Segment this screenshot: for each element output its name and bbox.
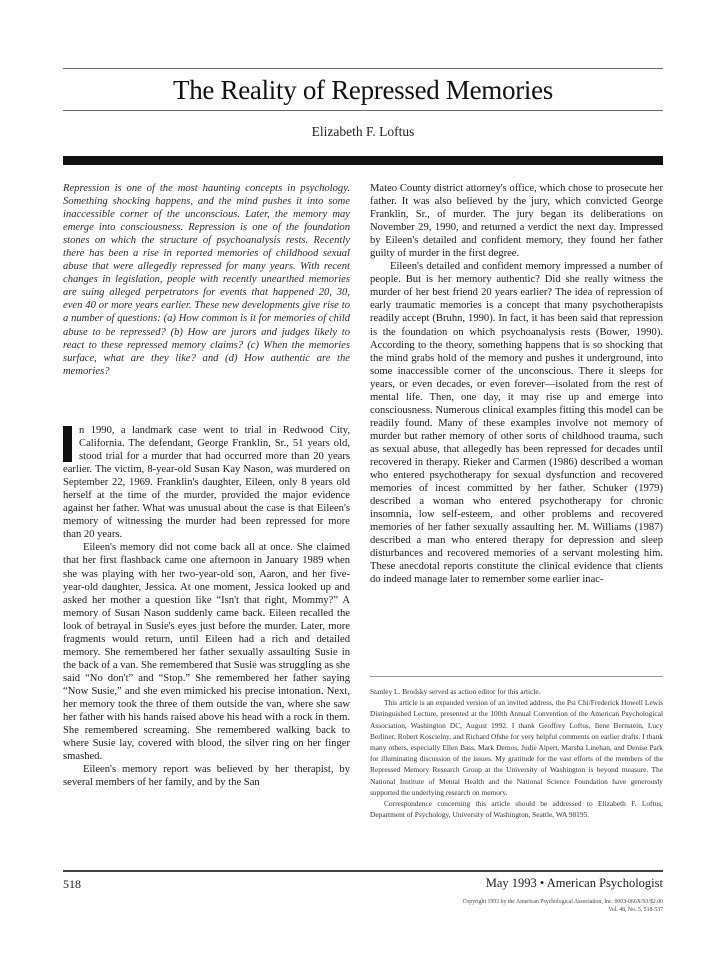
body-paragraph-1: n 1990, a landmark case went to trial in… xyxy=(63,424,350,541)
header-thick-bar xyxy=(63,156,663,165)
journal-page: The Reality of Repressed Memories Elizab… xyxy=(63,0,663,960)
footer-rule xyxy=(63,870,663,872)
body-paragraph-5: Eileen's detailed and confident memory i… xyxy=(370,260,663,586)
title-top-rule xyxy=(63,68,663,69)
footnote-rule xyxy=(370,676,663,677)
abstract-text: Repression is one of the most haunting c… xyxy=(63,182,350,378)
copyright-notice: Copyright 1993 by the American Psycholog… xyxy=(363,898,663,914)
body-right-column: Mateo County district attorney's office,… xyxy=(370,182,663,586)
author-note-acknowledgment: This article is an expanded version of a… xyxy=(370,697,663,798)
article-title: The Reality of Repressed Memories xyxy=(63,74,663,106)
dropcap-letter xyxy=(63,426,72,462)
author-note-correspondence: Correspondence concerning this article s… xyxy=(370,798,663,820)
body-paragraph-1-text: n 1990, a landmark case went to trial in… xyxy=(63,425,350,540)
abstract: Repression is one of the most haunting c… xyxy=(63,182,350,378)
journal-issue-line: May 1993 • American Psychologist xyxy=(486,876,663,891)
article-author: Elizabeth F. Loftus xyxy=(63,124,663,140)
copyright-line-2: Vol. 48, No. 5, 518-537 xyxy=(363,906,663,914)
author-note-editor: Stanley L. Brodsky served as action edit… xyxy=(370,686,663,697)
body-paragraph-3: Eileen's memory report was believed by h… xyxy=(63,763,350,789)
body-left-column: n 1990, a landmark case went to trial in… xyxy=(63,424,350,789)
page-number: 518 xyxy=(63,877,81,892)
body-paragraph-2: Eileen's memory did not come back all at… xyxy=(63,541,350,763)
title-bottom-rule xyxy=(63,110,663,111)
body-paragraph-4: Mateo County district attorney's office,… xyxy=(370,182,663,260)
copyright-line-1: Copyright 1993 by the American Psycholog… xyxy=(363,898,663,906)
author-note: Stanley L. Brodsky served as action edit… xyxy=(370,686,663,820)
